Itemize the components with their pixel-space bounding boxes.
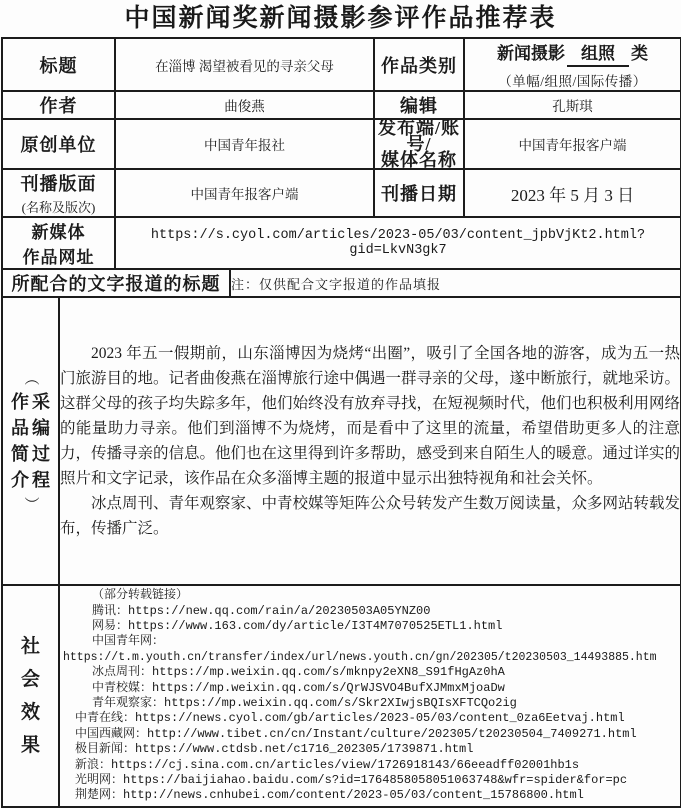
social-line-header: （部分转载链接） bbox=[60, 588, 680, 603]
social-line-zhongqingzaixian: 中青在线：https://news.cyol.com/gb/articles/2… bbox=[60, 711, 680, 726]
social-effect-content: （部分转载链接） 腾讯：https://new.qq.com/rain/a/20… bbox=[59, 585, 681, 807]
social-line-youth-cn-label: 中国青年网： bbox=[60, 634, 680, 649]
social-line-sina: 新浪：https://cj.sina.com.cn/articles/view/… bbox=[60, 758, 680, 773]
category-value-cell: 新闻摄影组照类 （单幅/组照/国际传播） bbox=[464, 38, 681, 91]
row-original-unit: 原创单位 中国青年报社 发布端/账号/ 媒体名称 中国青年报客户端 bbox=[2, 119, 681, 169]
social-effect-label-cell: 社会效果 bbox=[2, 585, 59, 807]
social-line-youth-cn-url: https://t.m.youth.cn/transfer/index/url/… bbox=[60, 650, 680, 665]
row-publish-page: 刊播版面 (名称及版次) 中国青年报客户端 刊播日期 2023 年 5 月 3 … bbox=[2, 169, 681, 217]
intro-label-col-right: 采编过程 bbox=[32, 389, 51, 493]
editor-label: 编辑 bbox=[374, 91, 464, 119]
social-line-guangming: 光明网：https://baijiahao.baidu.com/s?id=176… bbox=[60, 773, 680, 788]
intro-paragraph-1: 2023 年五一假期前，山东淄博因为烧烤“出圈”，吸引了全国各地的游客，成为五一… bbox=[60, 341, 680, 491]
social-line-netease: 网易：https://www.163.com/dy/article/I3T4M7… bbox=[60, 619, 680, 634]
intro-label-columns: 作品简介 采编过程 bbox=[11, 389, 51, 493]
intro-label-col-left: 作品简介 bbox=[11, 389, 30, 493]
text-report-title-label: 所配合的文字报道的标题 bbox=[2, 269, 230, 297]
text-report-note: 注：仅供配合文字报道的作品填报 bbox=[230, 269, 681, 297]
new-media-url-label-line1: 新媒体 bbox=[3, 218, 114, 243]
category-suffix: 类 bbox=[631, 44, 648, 63]
social-line-bingdian: 冰点周刊：https://mp.weixin.qq.com/s/mknpy2eX… bbox=[60, 665, 680, 680]
author-value: 曲俊燕 bbox=[115, 91, 374, 119]
category-prefix: 新闻摄影 bbox=[497, 44, 565, 63]
social-effect-vertical-label: 社会效果 bbox=[3, 630, 58, 763]
row-text-report-title: 所配合的文字报道的标题 注：仅供配合文字报道的作品填报 bbox=[2, 269, 681, 297]
category-line: 新闻摄影组照类 bbox=[465, 39, 680, 67]
editor-value: 孔斯琪 bbox=[464, 91, 681, 119]
new-media-url-value: https://s.cyol.com/articles/2023-05/03/c… bbox=[115, 217, 681, 269]
page-title: 中国新闻奖新闻摄影参评作品推荐表 bbox=[0, 0, 681, 37]
recommendation-form: 标题 在淄博 渴望被看见的寻亲父母 作品类别 新闻摄影组照类 （单幅/组照/国际… bbox=[1, 37, 681, 808]
author-label: 作者 bbox=[2, 91, 115, 119]
title-value: 在淄博 渴望被看见的寻亲父母 bbox=[115, 38, 374, 91]
row-title: 标题 在淄博 渴望被看见的寻亲父母 作品类别 新闻摄影组照类 （单幅/组照/国际… bbox=[2, 38, 681, 91]
platform-label-line2: 媒体名称 bbox=[375, 152, 463, 168]
intro-bracket-bottom: ） bbox=[23, 497, 37, 512]
publish-page-label: 刊播版面 (名称及版次) bbox=[2, 169, 115, 217]
social-line-jimu: 极目新闻：https://www.ctdsb.net/c1716_202305/… bbox=[60, 742, 680, 757]
publish-page-label-sub: (名称及版次) bbox=[3, 197, 114, 216]
social-line-tencent: 腾讯：https://new.qq.com/rain/a/20230503A05… bbox=[60, 604, 680, 619]
social-line-zhongqingxiaomei: 中青校媒：https://mp.weixin.qq.com/s/QrWJSVO4… bbox=[60, 681, 680, 696]
category-options: （单幅/组照/国际传播） bbox=[465, 70, 680, 90]
platform-value: 中国青年报客户端 bbox=[464, 119, 681, 169]
intro-text-cell: 2023 年五一假期前，山东淄博因为烧烤“出圈”，吸引了全国各地的游客，成为五一… bbox=[59, 297, 681, 585]
publish-page-label-main: 刊播版面 bbox=[3, 170, 114, 196]
social-line-tibet: 中国西藏网：http://www.tibet.cn/cn/Instant/cul… bbox=[60, 727, 680, 742]
original-unit-value: 中国青年报社 bbox=[115, 119, 374, 169]
row-new-media-url: 新媒体 作品网址 https://s.cyol.com/articles/202… bbox=[2, 217, 681, 269]
category-selected: 组照 bbox=[567, 39, 629, 67]
row-social-effect: 社会效果 （部分转载链接） 腾讯：https://new.qq.com/rain… bbox=[2, 585, 681, 807]
platform-label-line1: 发布端/账号/ bbox=[375, 120, 463, 152]
social-line-qingnianguanchajia: 青年观察家：https://mp.weixin.qq.com/s/Skr2XIw… bbox=[60, 696, 680, 711]
social-line-jingchu: 荆楚网：http://news.cnhubei.com/content/2023… bbox=[60, 788, 680, 803]
title-label: 标题 bbox=[2, 38, 115, 91]
row-author: 作者 曲俊燕 编辑 孔斯琪 bbox=[2, 91, 681, 119]
publish-date-label: 刊播日期 bbox=[374, 169, 464, 217]
original-unit-label: 原创单位 bbox=[2, 119, 115, 169]
new-media-url-label-line2: 作品网址 bbox=[3, 243, 114, 268]
publish-page-value: 中国青年报客户端 bbox=[115, 169, 374, 217]
publish-date-value: 2023 年 5 月 3 日 bbox=[464, 169, 681, 217]
intro-bracket-top: （ bbox=[23, 370, 37, 385]
platform-label: 发布端/账号/ 媒体名称 bbox=[374, 119, 464, 169]
intro-label-cell: （ 作品简介 采编过程 ） bbox=[2, 297, 59, 585]
intro-paragraph-2: 冰点周刊、青年观察家、中青校媒等矩阵公众号转发产生数万阅读量，众多网站转载发布，… bbox=[60, 491, 680, 541]
social-effect-label: 社会效果 bbox=[21, 630, 40, 763]
intro-vertical-label: （ 作品简介 采编过程 ） bbox=[3, 371, 58, 511]
row-intro: （ 作品简介 采编过程 ） 2023 年五一假期前，山东淄博因为烧烤“出圈”，吸… bbox=[2, 297, 681, 585]
new-media-url-label: 新媒体 作品网址 bbox=[2, 217, 115, 269]
category-label: 作品类别 bbox=[374, 38, 464, 91]
